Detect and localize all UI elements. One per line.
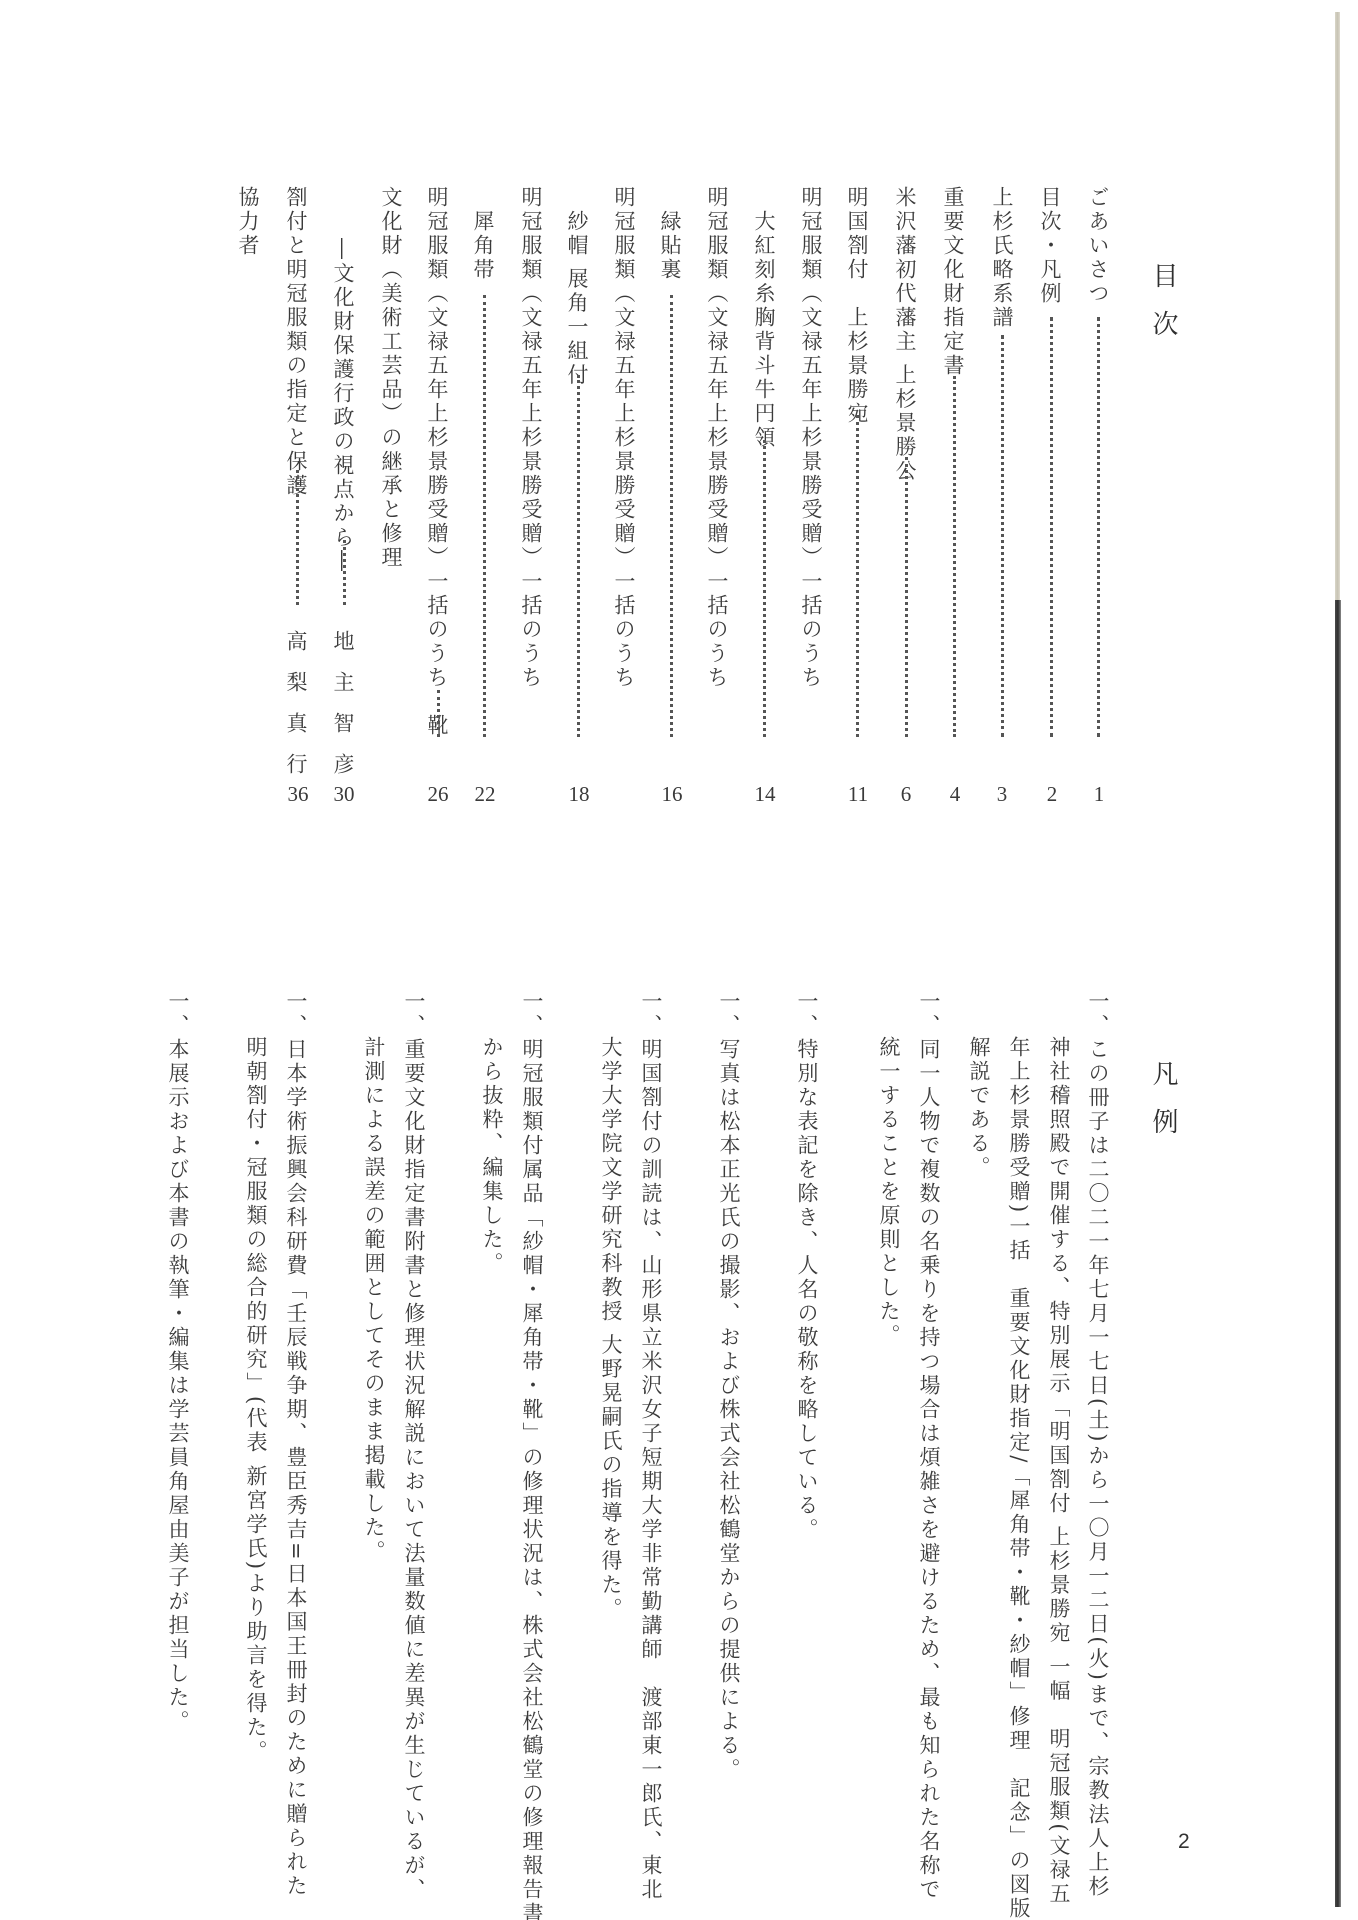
hanrei-line: 一、重要文化財指定書附書と修理状況解説において法量数値に差異が生じているが、 xyxy=(403,990,424,1902)
toc-page-number: 4 xyxy=(930,782,980,807)
hanrei-line: 一、写真は松本正光氏の撮影、および株式会社松鶴堂からの提供による。 xyxy=(718,990,739,1782)
toc-entry-title: 文化財（美術工芸品）の継承と修理 xyxy=(380,186,401,570)
toc-entry-title: ごあいさつ xyxy=(1087,186,1108,306)
toc-page-number: 30 xyxy=(319,782,369,807)
toc-entry-title: 明冠服類（文禄五年上杉景勝受贈）一括のうち xyxy=(706,186,727,690)
hanrei-line: 一、日本学術振興会科研費「壬辰戦争期、豊臣秀吉=日本国王冊封のために贈られた xyxy=(285,990,306,1899)
toc-leader xyxy=(483,295,486,737)
toc-entry-title: 劄付と明冠服類の指定と保護 xyxy=(285,186,306,498)
hanrei-line: 計測による誤差の範囲としてそのまま掲載した。 xyxy=(363,1036,384,1564)
toc-entry-title: 明冠服類（文禄五年上杉景勝受贈）一括のうち xyxy=(800,186,821,690)
hanrei-line: 解説である。 xyxy=(968,1036,989,1180)
toc-leader xyxy=(577,375,580,737)
toc-page-number: 1 xyxy=(1074,782,1124,807)
toc-leader xyxy=(670,295,673,737)
toc-page-number: 14 xyxy=(740,782,790,807)
page-number: 2 xyxy=(1178,1830,1190,1854)
toc-page-number: 18 xyxy=(554,782,604,807)
toc-leader xyxy=(343,540,346,605)
toc-entry-title: 重要文化財指定書 xyxy=(942,186,963,378)
toc-page-number: 2 xyxy=(1027,782,1077,807)
hanrei-line: 一、本展示および本書の執筆・編集は学芸員角屋由美子が担当した。 xyxy=(167,990,188,1734)
toc-leader xyxy=(856,415,859,737)
hanrei-line: から抜粋、編集した。 xyxy=(481,1036,502,1276)
toc-leader xyxy=(905,457,908,737)
toc-author: 地主智彦 xyxy=(332,630,353,794)
toc-entry-title: 明冠服類（文禄五年上杉景勝受贈）一括のうち xyxy=(613,186,634,690)
toc-title: 目次 xyxy=(1150,262,1176,358)
binding-edge-top xyxy=(1335,12,1340,612)
toc-leader xyxy=(437,690,440,737)
hanrei-line: 神社稽照殿で開催する、特別展示「明国劄付 上杉景勝宛 一幅 明冠服類(文禄五 xyxy=(1048,1036,1069,1907)
toc-page-number: 3 xyxy=(977,782,1027,807)
hanrei-line: 統一することを原則とした。 xyxy=(878,1036,899,1348)
toc-leader xyxy=(763,440,766,737)
toc-entry-title: 上杉氏略系譜 xyxy=(991,186,1012,330)
hanrei-line: 一、特別な表記を除き、人名の敬称を略している。 xyxy=(796,990,817,1542)
hanrei-line: 大学大学院文学研究科教授 大野晃嗣氏の指導を得た。 xyxy=(600,1036,621,1622)
toc-author: 高梨真行 xyxy=(285,630,306,794)
toc-entry-title: 米沢藩初代藩主 上杉景勝公 xyxy=(894,186,915,484)
hanrei-line: 一、明国劄付の訓読は、山形県立米沢女子短期大学非常勤講師 渡部東一郎氏、東北 xyxy=(640,990,661,1902)
toc-entry-title: 目次・凡例 xyxy=(1039,186,1060,306)
toc-entry-subtitle: ―文化財保護行政の視点から― xyxy=(332,238,353,574)
toc-leader xyxy=(1050,317,1053,737)
hanrei-line: 一、同一人物で複数の名乗りを持つ場合は煩雑さを避けるため、最も知られた名称で xyxy=(918,990,939,1902)
hanrei-line: 明朝劄付・冠服類の総合的研究」(代表 新宮学氏)より助言を得た。 xyxy=(245,1036,266,1764)
toc-leader xyxy=(1097,317,1100,737)
toc-page-number: 6 xyxy=(881,782,931,807)
hanrei-line: 年上杉景勝受贈)一括 重要文化財指定/「犀角帯・靴・紗帽」修理 記念」の図版 xyxy=(1008,1036,1029,1920)
hanrei-line: 一、明冠服類付属品「紗帽・犀角帯・靴」の修理状況は、株式会社松鶴堂の修理報告書 xyxy=(521,990,542,1920)
toc-entry-title: 緑貼裏 xyxy=(659,210,680,282)
document-page: 目次 ごあいさつ 1 目次・凡例 2 上杉氏略系譜 3 重要文化財指定書 4 米… xyxy=(0,0,1358,1920)
toc-page-number: 36 xyxy=(273,782,323,807)
toc-entry-title: 明冠服類（文禄五年上杉景勝受贈）一括のうち 靴 xyxy=(426,186,447,738)
toc-entry-title: 明冠服類（文禄五年上杉景勝受贈）一括のうち xyxy=(520,186,541,690)
hanrei-line: 一、この冊子は二〇二一年七月一七日(土)から一〇月一二日(火)まで、宗教法人上杉 xyxy=(1087,990,1108,1899)
toc-leader xyxy=(953,376,956,737)
binding-edge-bottom xyxy=(1335,600,1341,1907)
toc-page-number: 22 xyxy=(460,782,510,807)
toc-entry-title: 犀角帯 xyxy=(472,210,493,282)
toc-page-number: 11 xyxy=(833,782,883,807)
toc-page-number: 26 xyxy=(413,782,463,807)
toc-entry-title: 協力者 xyxy=(237,186,258,258)
toc-leader xyxy=(296,470,299,605)
toc-entry-title: 紗帽 展角一組付 xyxy=(566,210,587,388)
hanrei-title: 凡例 xyxy=(1150,1060,1176,1156)
toc-entry-title: 大紅刻糸胸背斗牛円領 xyxy=(753,210,774,450)
toc-leader xyxy=(1001,335,1004,737)
toc-page-number: 16 xyxy=(647,782,697,807)
toc-entry-title: 明国劄付 上杉景勝宛 xyxy=(846,186,867,426)
